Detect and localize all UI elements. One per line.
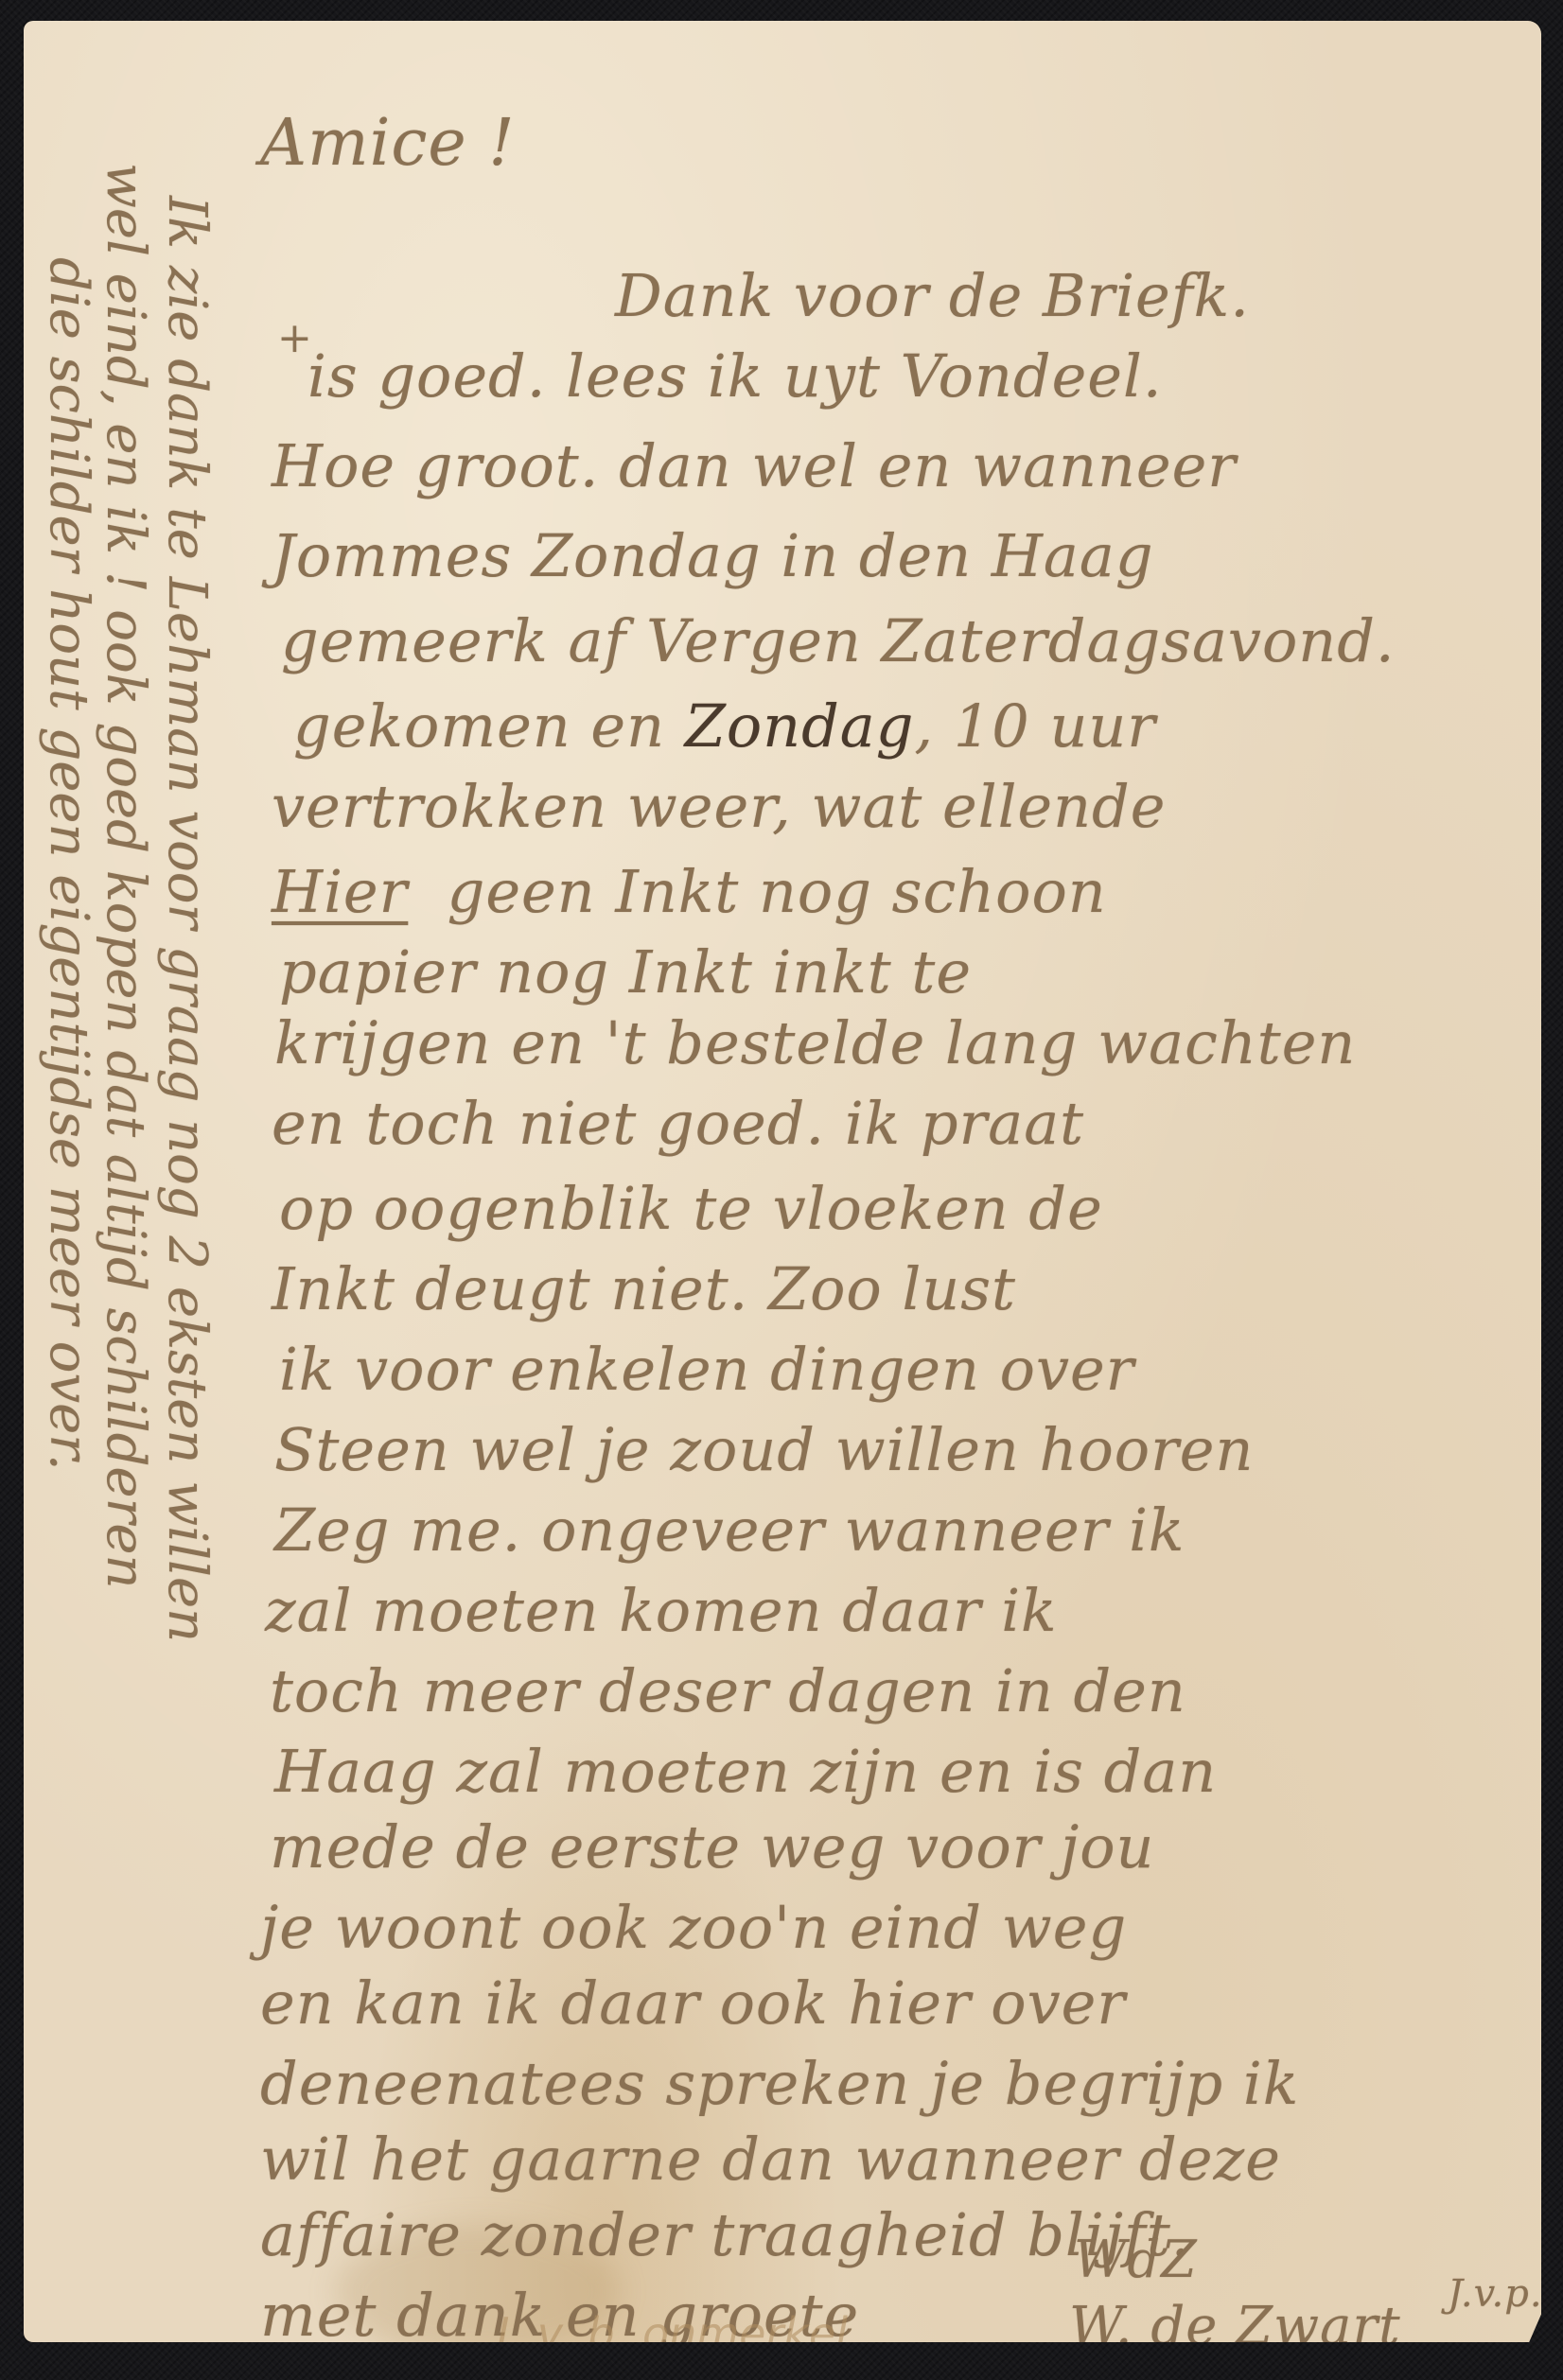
body-line: toch meer deser dagen in den (270, 1662, 1186, 1721)
body-line: Hoe groot. dan wel en wanneer (272, 437, 1237, 496)
body-line: Hier geen Inkt nog schoon (272, 863, 1107, 921)
body-line: je woont ook zoo'n eind weg (260, 1899, 1127, 1957)
body-line: Inkt deugt niet. Zoo lust (272, 1260, 1016, 1319)
body-line: is goed. lees ik uyt Vondeel. (307, 347, 1163, 406)
body-line: Haag zal moeten zijn en is dan (274, 1742, 1217, 1801)
postscript-initials: J.v.p. (1448, 2272, 1543, 2316)
body-line: affaire zonder traagheid blijft. (260, 2206, 1191, 2265)
body-line: en kan ik daar ook hier over (260, 1974, 1126, 2033)
body-line: zal moeten komen daar ik (265, 1582, 1058, 1640)
body-line: en toch niet goed. ik praat (272, 1094, 1084, 1153)
body-line: Jommes Zondag in den Haag (272, 527, 1154, 586)
margin-note-column: die schilder hout geen eigentijdse meer … (38, 257, 99, 1471)
body-line: Dank voor de Briefk. (615, 267, 1250, 325)
margin-note-column: wel eind, en ik ! ook goed kopen dat alt… (95, 163, 156, 1589)
dark-ink-word: Zondag (685, 691, 915, 761)
body-line: krijgen en 't bestelde lang wachten (274, 1014, 1356, 1073)
body-line: Zeg me. ongeveer wanneer ik (274, 1501, 1185, 1560)
pencil-annotation: J. v. b. onmerkel (497, 2308, 848, 2359)
signature: W. de Zwart (1069, 2301, 1401, 2354)
body-line-text: gekomen en Zondag, 10 uur (293, 691, 1156, 761)
body-line: ik voor enkelen dingen over (279, 1340, 1134, 1399)
body-line: gemeerk af Vergen Zaterdagsavond. (281, 612, 1396, 671)
margin-note-column: Ik zie dank te Lehman voor graag nog 2 e… (156, 196, 218, 1642)
body-line: deneenatees spreken je begrijp ik (260, 2055, 1299, 2113)
signature-monogram: WdZ (1074, 2234, 1198, 2285)
salutation: Amice ! (260, 106, 516, 181)
body-line: op oogenblik te vloeken de (279, 1180, 1103, 1238)
body-line: papier nog Inkt inkt te (279, 943, 972, 1002)
body-line-text: geen Inkt nog schoon (428, 857, 1107, 926)
body-line: mede de eerste weg voor jou (270, 1818, 1154, 1877)
emphasized-word: Hier (272, 857, 408, 926)
letter-card: Amice ! + Dank voor de Briefk. is goed. … (24, 21, 1541, 2342)
body-line: gekomen en Zondag, 10 uur (293, 697, 1156, 756)
body-line: wil het gaarne dan wanneer deze (260, 2130, 1281, 2189)
body-line: vertrokken weer, wat ellende (272, 778, 1166, 836)
body-line: Steen wel je zoud willen hooren (274, 1421, 1254, 1479)
